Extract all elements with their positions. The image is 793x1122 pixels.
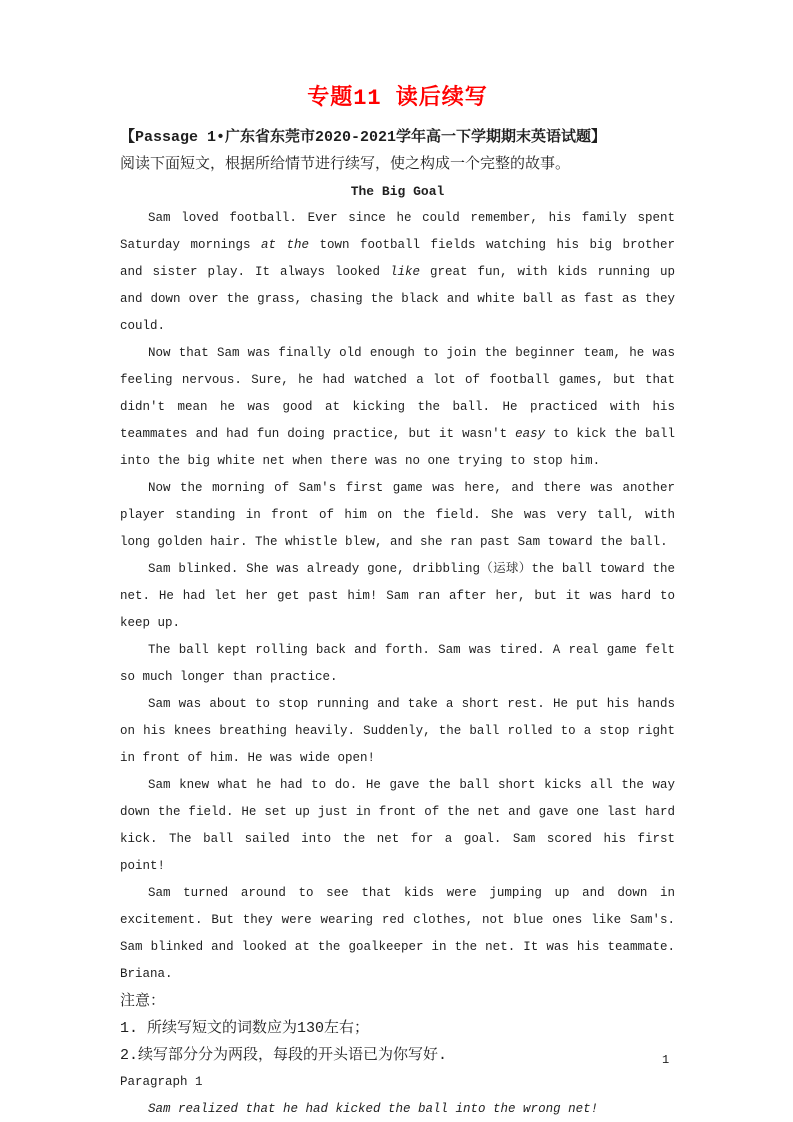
passage-paragraph-5: The ball kept rolling back and forth. Sa… [120,637,675,691]
passage-title: The Big Goal [120,178,675,205]
page-number: 1 [662,1052,669,1068]
task-instruction: 阅读下面短文，根据所给情节进行续写，使之构成一个完整的故事。 [120,151,675,178]
note-item-1: 1. 所续写短文的词数应为130左右； [120,1015,675,1042]
continuation-paragraph1-opening: Sam realized that he had kicked the ball… [120,1096,675,1122]
passage-paragraph-8: Sam turned around to see that kids were … [120,880,675,988]
passage-paragraph-6: Sam was about to stop running and take a… [120,691,675,772]
notes-label: 注意： [120,988,675,1015]
passage-paragraph-1: Sam loved football. Ever since he could … [120,205,675,340]
passage-paragraph-4: Sam blinked. She was already gone, dribb… [120,556,675,637]
note-item-2: 2.续写部分分为两段，每段的开头语已为你写好. [120,1042,675,1069]
italic-phrase: easy [515,427,545,441]
passage-paragraph-7: Sam knew what he had to do. He gave the … [120,772,675,880]
page-title: 专题11 读后续写 [120,84,675,114]
passage-paragraph-3: Now the morning of Sam's first game was … [120,475,675,556]
document-page: 专题11 读后续写 【Passage 1•广东省东莞市2020-2021学年高一… [0,0,793,1122]
continuation-paragraph1-label: Paragraph 1 [120,1069,675,1096]
italic-phrase: like [390,265,420,279]
passage-paragraph-2: Now that Sam was finally old enough to j… [120,340,675,475]
italic-phrase: at the [261,238,309,252]
passage-source-header: 【Passage 1•广东省东莞市2020-2021学年高一下学期期末英语试题】 [120,124,675,151]
